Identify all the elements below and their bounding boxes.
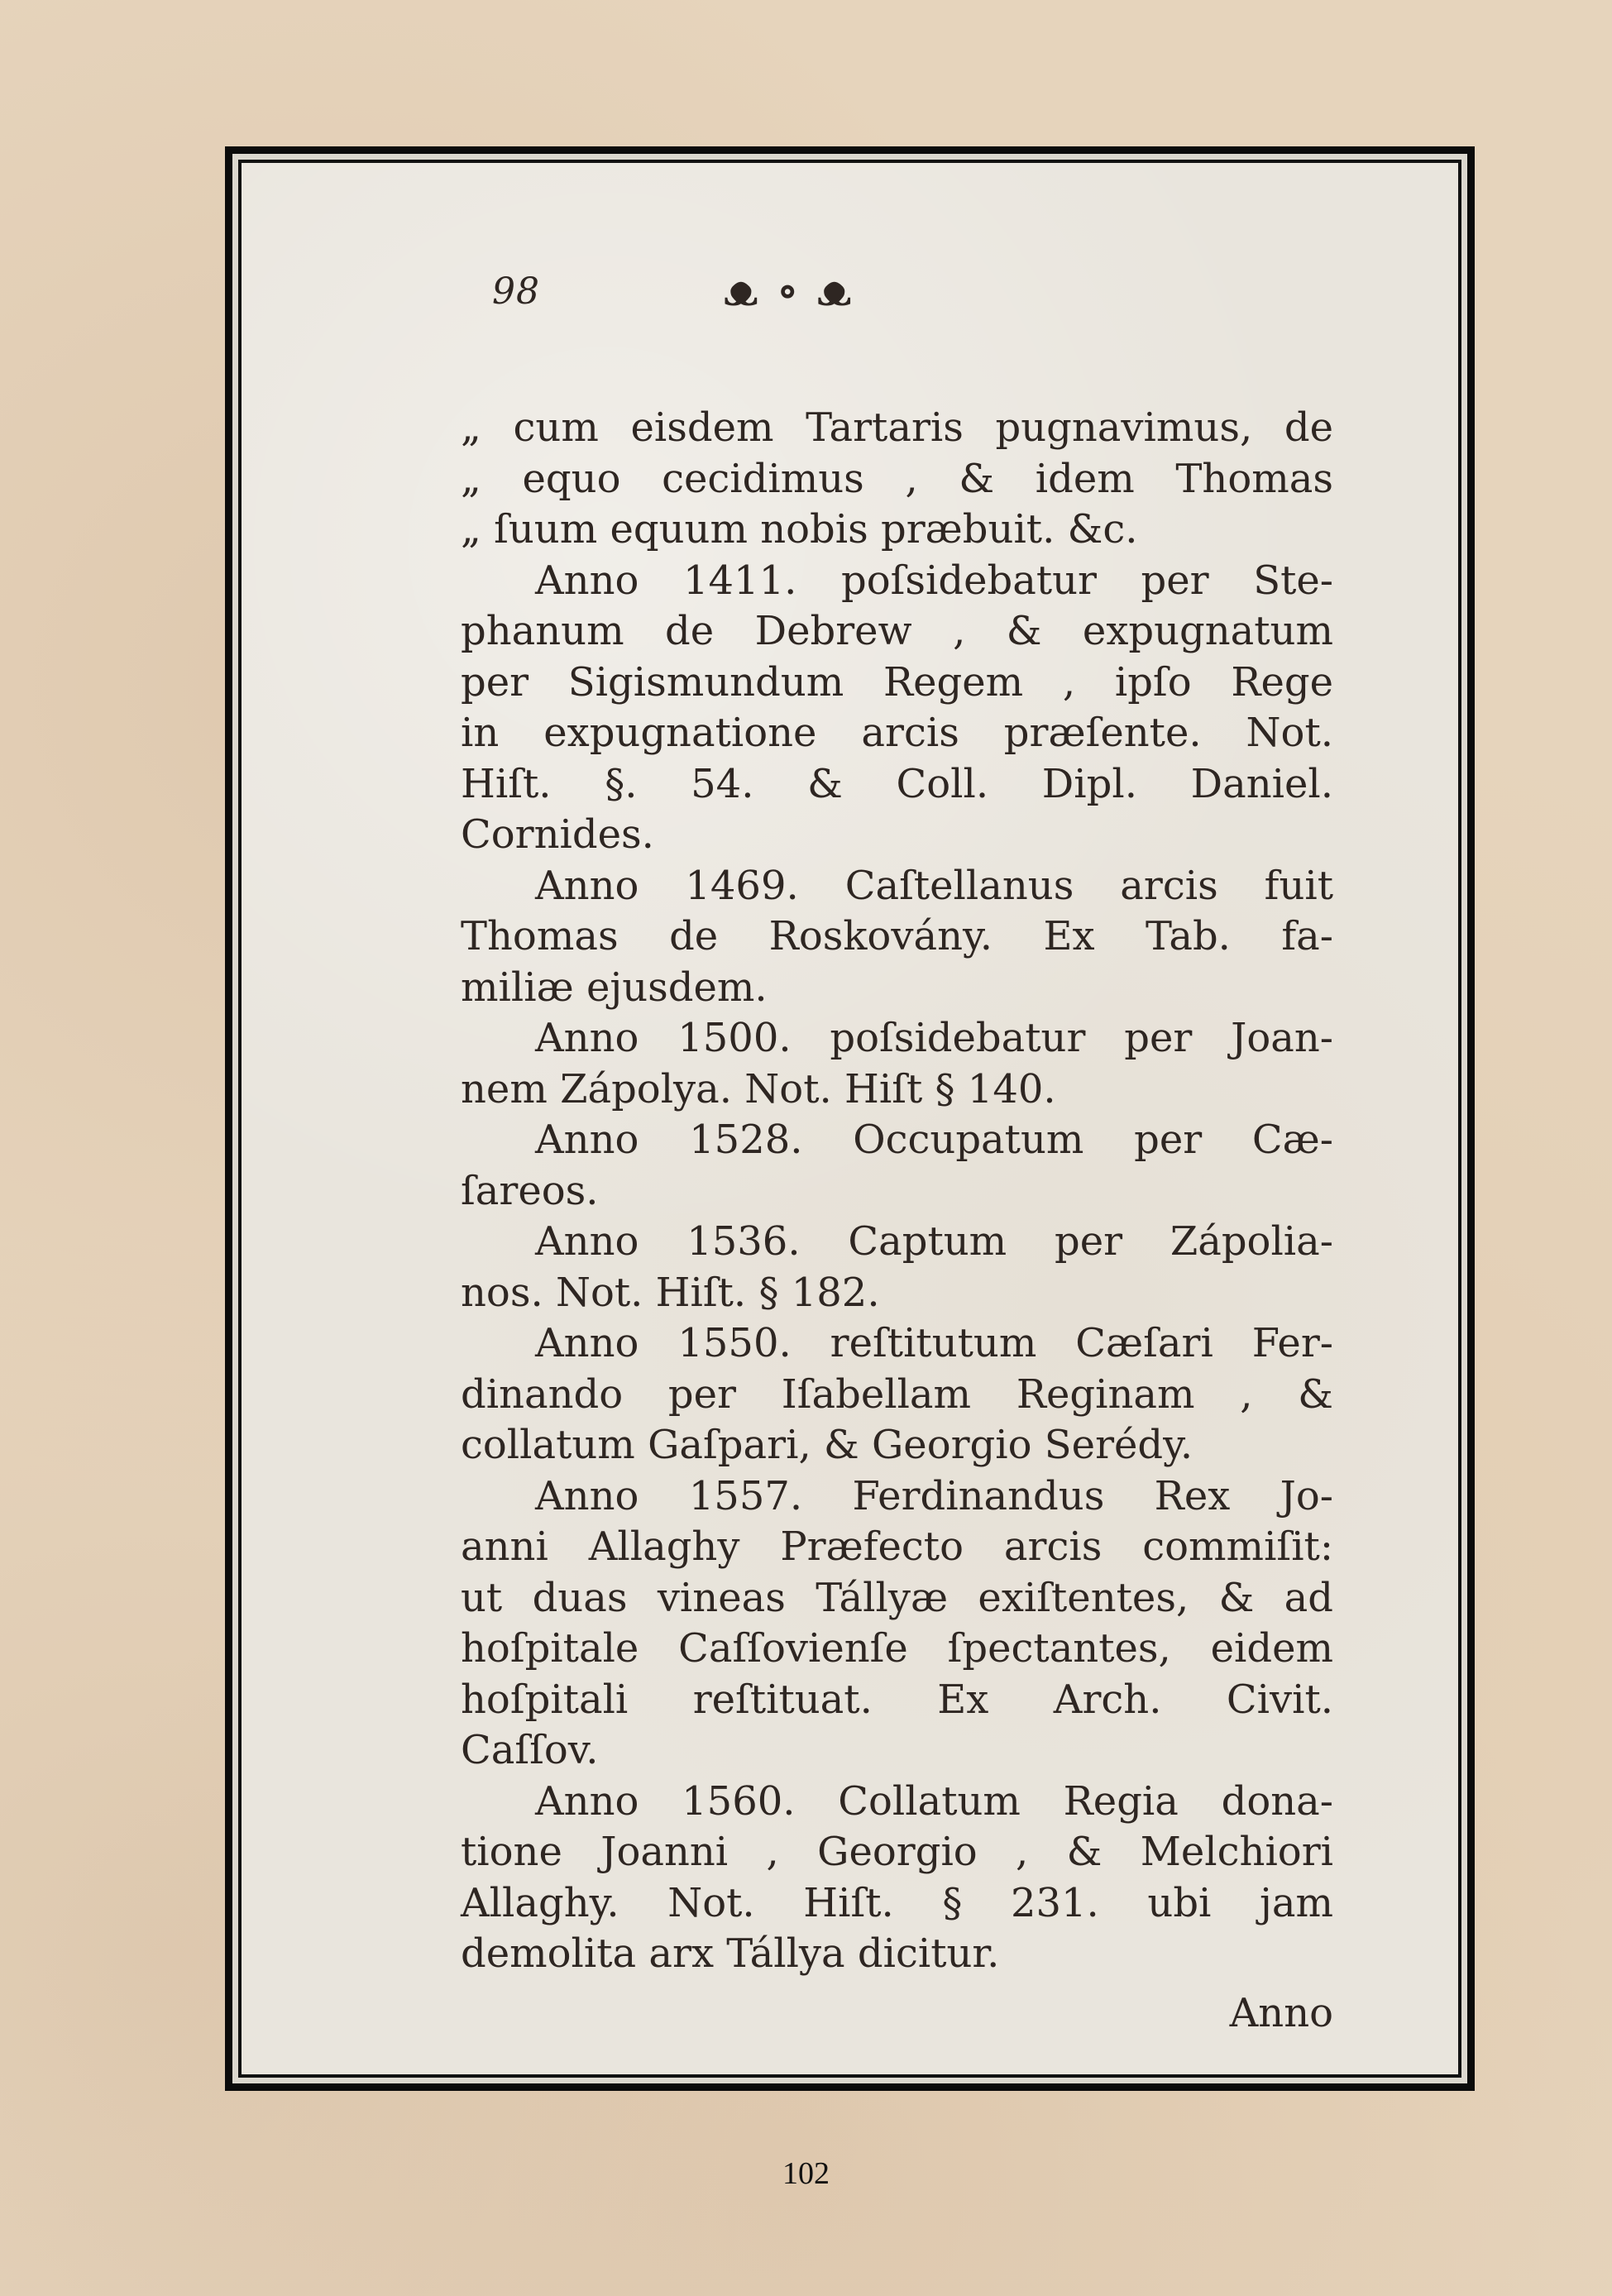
text-line: anni Allaghy Præfecto arcis commiſit: [461, 1522, 1333, 1573]
text-line: Anno 1528. Occupatum per Cæ- [461, 1115, 1333, 1166]
scan-content: 98 ᴥ ∘ ᴥ „ cum eisdem Tartaris pugnavimu… [242, 163, 1458, 2074]
text-line: in expugnatione arcis præſente. Not. [461, 708, 1333, 759]
text-line: Cornides. [461, 810, 1333, 861]
header-ornament-icon: ᴥ ∘ ᴥ [724, 265, 854, 316]
page-frame-outer: 98 ᴥ ∘ ᴥ „ cum eisdem Tartaris pugnavimu… [225, 146, 1475, 2091]
text-line: Anno 1411. poſsidebatur per Ste- [461, 556, 1333, 607]
text-line: per Sigismundum Regem , ipſo Rege [461, 658, 1333, 709]
text-line: „ equo cecidimus , & idem Thomas [461, 454, 1333, 505]
text-line: ſareos. [461, 1166, 1333, 1217]
text-line: Anno 1560. Collatum Regia dona- [461, 1777, 1333, 1828]
text-line: Anno 1557. Ferdinandus Rex Jo- [461, 1471, 1333, 1523]
text-line: Anno 1500. poſsidebatur per Joan- [461, 1013, 1333, 1064]
catchword: Anno [461, 1988, 1333, 2040]
text-line: „ ſuum equum nobis præbuit. &c. [461, 505, 1333, 556]
text-line: miliæ ejusdem. [461, 963, 1333, 1014]
running-header: 98 ᴥ ∘ ᴥ [492, 270, 1458, 337]
original-folio-number: 98 [492, 270, 540, 313]
scanned-page: 98 ᴥ ∘ ᴥ „ cum eisdem Tartaris pugnavimu… [238, 160, 1461, 2078]
text-line: Thomas de Roskovány. Ex Tab. fa- [461, 911, 1333, 963]
text-line: collatum Gaſpari, & Georgio Serédy. [461, 1420, 1333, 1471]
text-line: Allaghy. Not. Hiſt. § 231. ubi jam [461, 1878, 1333, 1930]
text-line: Hiſt. §. 54. & Coll. Dipl. Daniel. [461, 759, 1333, 811]
text-line: Caſſov. [461, 1725, 1333, 1777]
text-line: ut duas vineas Tállyæ exiſtentes, & ad [461, 1573, 1333, 1624]
body-text: „ cum eisdem Tartaris pugnavimus, de „ e… [461, 403, 1333, 2039]
text-line: tione Joanni , Georgio , & Melchiori [461, 1827, 1333, 1878]
text-line: „ cum eisdem Tartaris pugnavimus, de [461, 403, 1333, 454]
text-line: Anno 1536. Captum per Zápolia- [461, 1217, 1333, 1268]
page-number: 102 [0, 2155, 1612, 2192]
text-line: nem Zápolya. Not. Hiſt § 140. [461, 1064, 1333, 1116]
text-line: demolita arx Tállya dicitur. [461, 1929, 1333, 1980]
text-line: dinando per Iſabellam Reginam , & [461, 1370, 1333, 1421]
text-line: hoſpitali reſtituat. Ex Arch. Civit. [461, 1675, 1333, 1726]
text-line: nos. Not. Hiſt. § 182. [461, 1268, 1333, 1319]
text-line: Anno 1469. Caſtellanus arcis fuit [461, 861, 1333, 912]
text-line: Anno 1550. reſtitutum Cæſari Fer- [461, 1318, 1333, 1370]
text-line: hoſpitale Caſſovienſe ſpectantes, eidem [461, 1624, 1333, 1675]
text-line: phanum de Debrew , & expugnatum [461, 606, 1333, 658]
